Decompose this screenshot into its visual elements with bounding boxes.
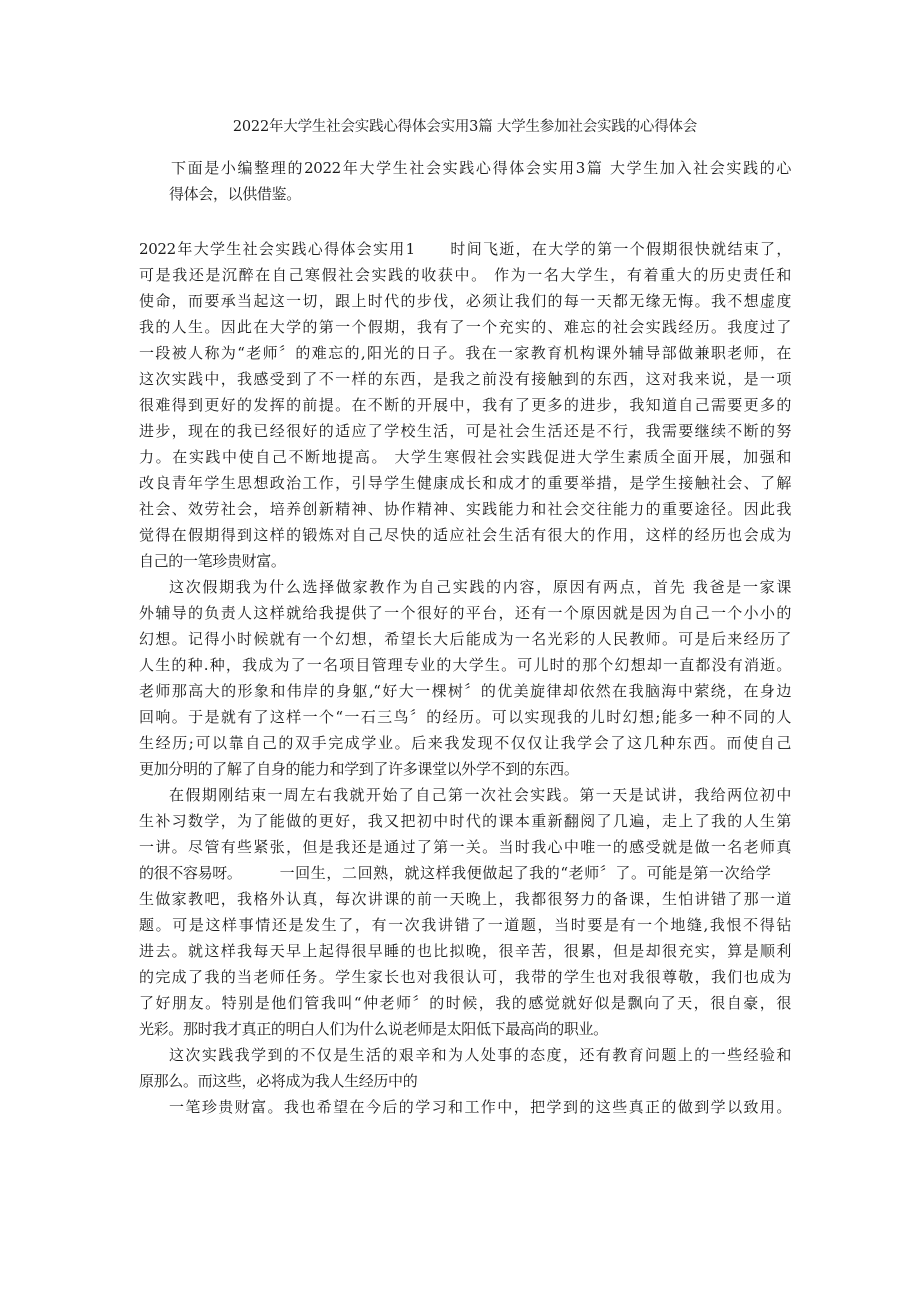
body-line: 自己的一笔珍贵财富。 [139,548,791,574]
body-line: 改良青年学生思想政治工作，引导学生健康成长和成才的重要举措，是学生接触社会、了解 [139,470,791,496]
section-1-first-line: 2022年大学生社会实践心得体会实用1时间飞逝，在大学的第一个假期很快就结束了， [139,236,791,262]
body-line: 老师那高大的形象和伟岸的身躯,“好大一棵树〞的优美旋律却依然在我脑海中萦绕，在身… [139,678,791,704]
body-line: 我的人生。因此在大学的第一个假期，我有了一个充实的、难忘的社会实践经历。我度过了 [139,314,791,340]
intro-paragraph: 下面是小编整理的2022年大学生社会实践心得体会实用3篇 大学生加入社会实践的心… [139,155,791,207]
body-line: 进去。就这样我每天早上起得很早睡的也比拟晚，很辛苦，很累，但是却很充实，算是顺利 [139,938,791,964]
body-line: 一段被人称为“老师〞的难忘的,阳光的日子。我在一家教育机构课外辅导部做兼职老师，… [139,340,791,366]
paragraph-5-start: 一笔珍贵财富。我也希望在今后的学习和工作中，把学到的这些真正的做到学以致用。 [139,1094,791,1120]
body-line: 这次实践中，我感受到了不一样的东西，是我之前没有接触到的东西，这对我来说，是一项 [139,366,791,392]
body-text: 的很不容易呀。 [139,864,242,882]
body-line: 原那么。而这些，必将成为我人生经历中的 [139,1068,791,1094]
body-line: 力。在实践中使自己不断地提高。 大学生寒假社会实践促进大学生素质全面开展，加强和 [139,444,791,470]
body-line: 生做家教吧，我格外认真，每次讲课的前一天晚上，我都很努力的备课，生怕讲错了那一道 [139,886,791,912]
body-line: 生补习数学，为了能做的更好，我又把初中时代的课本重新翻阅了几遍，走上了我的人生第 [139,808,791,834]
body-line: 可是我还是沉醉在自己寒假社会实践的收获中。 作为一名大学生，有着重大的历史责任和 [139,262,791,288]
intro-text: 下面是小编整理的2022年大学生社会实践心得体会实用3篇 大学生加入社会实践的心 [169,159,791,177]
paragraph-2-start: 这次假期我为什么选择做家教作为自己实践的内容，原因有两点，首先 我爸是一家课 [139,574,791,600]
intro-line: 得体会，以供借鉴。 [139,181,791,207]
paragraph-4-start: 这次实践我学到的不仅是生活的艰辛和为人处事的态度，还有教育问题上的一些经验和 [139,1042,791,1068]
intro-line: 下面是小编整理的2022年大学生社会实践心得体会实用3篇 大学生加入社会实践的心 [139,155,791,181]
document-title: 2022年大学生社会实践心得体会实用3篇 大学生参加社会实践的心得体会 [139,117,791,137]
body-line: 更加分明的了解了自身的能力和学到了许多课堂以外学不到的东西。 [139,756,791,782]
body-line: 幻想。记得小时候就有一个幻想，希望长大后能成为一名光彩的人民教师。可是后来经历了 [139,626,791,652]
body-line: 光彩。那时我才真正的明白人们为什么说老师是太阳低下最高尚的职业。 [139,1016,791,1042]
body-text: 时间飞逝，在大学的第一个假期很快就结束了， [449,240,791,258]
body-line: 进步，现在的我已经很好的适应了学校生活，可是社会生活还是不行，我需要继续不断的努 [139,418,791,444]
body-line: 外辅导的负责人这样就给我提供了一个很好的平台，还有一个原因就是因为自己一个小小的 [139,600,791,626]
body-line: 题。可是这样事情还是发生了，有一次我讲错了一道题，当时要是有一个地缝,我恨不得钻 [139,912,791,938]
body-text: 一回生，二回熟，就这样我便做起了我的“老师〞了。可能是第一次给学 [280,864,772,882]
document-body: 2022年大学生社会实践心得体会实用1时间飞逝，在大学的第一个假期很快就结束了，… [139,236,791,1120]
body-line: 社会、效劳社会，培养创新精神、协作精神、实践能力和社会交往能力的重要途径。因此我 [139,496,791,522]
body-line: 生经历;可以靠自己的双手完成学业。后来我发现不仅仅让我学会了这几种东西。而使自己 [139,730,791,756]
body-line: 很难得到更好的发挥的前提。在不断的开展中，我有了更多的进步，我知道自己需要更多的 [139,392,791,418]
body-line: 回响。于是就有了这样一个“一石三鸟〞的经历。可以实现我的儿时幻想;能多一种不同的… [139,704,791,730]
body-line: 觉得在假期得到这样的锻炼对自己尽快的适应社会生活有很大的作用，这样的经历也会成为 [139,522,791,548]
body-line-split: 的很不容易呀。一回生，二回熟，就这样我便做起了我的“老师〞了。可能是第一次给学 [139,860,791,886]
body-line: 的完成了我的当老师任务。学生家长也对我很认可，我带的学生也对我很尊敬，我们也成为 [139,964,791,990]
paragraph-3-start: 在假期刚结束一周左右我就开始了自己第一次社会实践。第一天是试讲，我给两位初中 [139,782,791,808]
body-line: 一讲。尽管有些紧张，但是我还是通过了第一关。当时我心中唯一的感受就是做一名老师真 [139,834,791,860]
body-line: 了好朋友。特别是他们管我叫“仲老师〞的时候，我的感觉就好似是飘向了天，很自豪，很 [139,990,791,1016]
body-line: 人生的种.种，我成为了一名项目管理专业的大学生。可儿时的那个幻想却一直都没有消逝… [139,652,791,678]
section-1-heading: 2022年大学生社会实践心得体会实用1 [139,240,415,258]
body-line: 使命，而要承当起这一切，跟上时代的步伐，必须让我们的每一天都无缘无悔。我不想虚度 [139,288,791,314]
